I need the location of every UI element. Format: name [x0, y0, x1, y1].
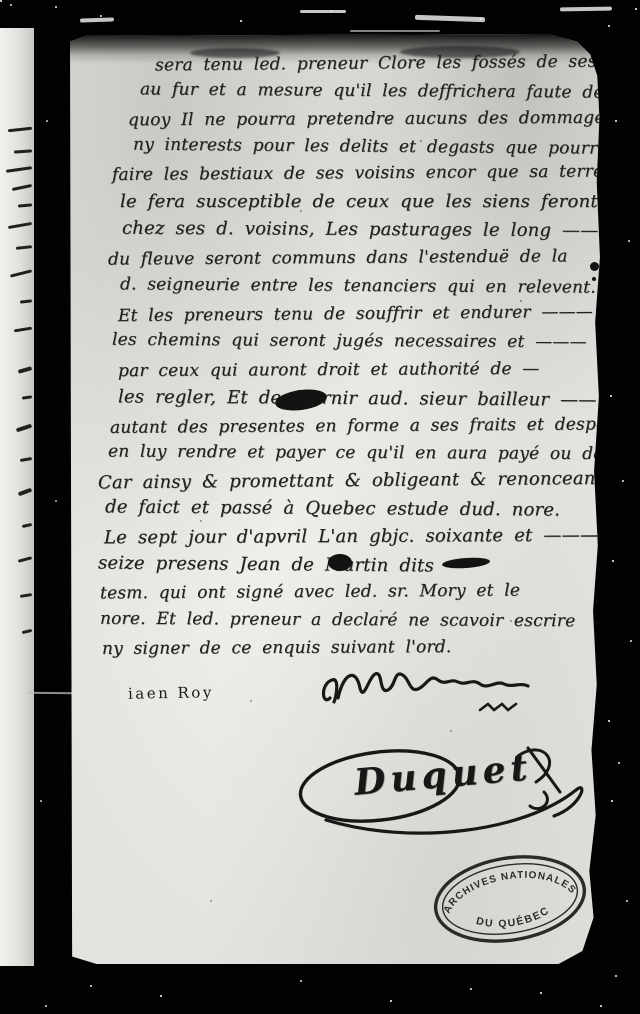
scan-streak	[350, 30, 440, 32]
facing-page-stroke	[8, 222, 32, 229]
manuscript-line: en luy rendre et payer ce qu'il en aura …	[108, 442, 640, 465]
manuscript-line: les regler, Et de fournir aud. sieur bai…	[118, 386, 597, 411]
manuscript-line: au fur et a mesure qu'il les deffrichera…	[140, 79, 604, 103]
witness-signature-flourish	[320, 654, 550, 726]
facing-page-stroke	[18, 488, 33, 497]
facing-page-stroke	[22, 523, 32, 528]
facing-page-stroke	[16, 424, 32, 433]
manuscript-line: nore. Et led. preneur a declaré ne scavo…	[100, 609, 575, 632]
manuscript-line: autant des presentes en forme a ses frai…	[110, 414, 638, 438]
ink-blot	[442, 556, 491, 569]
manuscript-line: par ceux qui auront droit et authorité d…	[118, 359, 540, 382]
manuscript-line: d. seigneurie entre les tenanciers qui e…	[120, 274, 596, 298]
scan-streak	[300, 10, 346, 13]
manuscript-line: Le sept jour d'apvril L'an gbjc. soixant…	[104, 525, 598, 549]
ink-dot	[590, 262, 599, 271]
party-signature: iaen Roy	[128, 683, 214, 702]
manuscript-line: les chemins qui seront jugés necessaires…	[112, 330, 587, 353]
facing-page-stroke	[10, 269, 32, 277]
scanner-noise-speckles	[0, 0, 2, 2]
notary-signature: Duquet	[292, 734, 602, 852]
facing-page-stroke	[14, 327, 32, 333]
facing-page-stroke	[22, 629, 32, 634]
manuscript-line: chez ses d. voisins, Les pasturages le l…	[122, 218, 617, 242]
facing-page-edge	[0, 28, 34, 966]
facing-page-stroke	[16, 245, 32, 250]
scan-streak	[80, 17, 114, 22]
scan-streak	[560, 7, 612, 12]
facing-page-stroke	[20, 593, 32, 598]
facing-page-stroke	[20, 299, 32, 303]
archive-stamp: ARCHIVES NATIONALES DU QUÉBEC	[421, 836, 599, 962]
facing-page-stroke	[22, 395, 32, 399]
manuscript-line: de faict et passé à Quebec estude dud. n…	[105, 496, 560, 521]
ink-blot	[328, 554, 352, 571]
paper-speckles	[70, 34, 72, 36]
manuscript-line: seize presens Jean de Martin dits	[98, 553, 434, 578]
manuscript-line: ny interests pour les delits et degasts …	[133, 135, 640, 160]
facing-page-stroke	[20, 457, 32, 462]
scan-streak	[415, 15, 485, 22]
ink-dot	[592, 277, 596, 281]
stamp-text-bottom: DU QUÉBEC	[473, 904, 553, 935]
manuscript-line: le fera susceptible de ceux que les sien…	[120, 191, 598, 213]
facing-page-stroke	[8, 127, 32, 132]
manuscript-page: sera tenu led. preneur Clore les fossés …	[70, 34, 601, 964]
facing-page-stroke	[14, 149, 32, 153]
manuscript-line: faire les bestiaux de ses voisins encor …	[112, 161, 640, 185]
facing-page-stroke	[12, 184, 32, 191]
manuscript-line: du fleuve seront communs dans l'estenduë…	[108, 246, 568, 270]
manuscript-line: sera tenu led. preneur Clore les fossés …	[155, 51, 640, 76]
facing-page-stroke	[6, 166, 32, 173]
manuscript-line: Car ainsy & promettant & obligeant & ren…	[98, 468, 632, 494]
manuscript-line: quoy Il ne pourra pretendre aucuns des d…	[128, 108, 614, 131]
manuscript-line: Et les preneurs tenu de souffrir et endu…	[118, 302, 593, 327]
manuscript-line: tesm. qui ont signé avec led. sr. Mory e…	[100, 581, 520, 604]
gutter-scratch	[28, 692, 74, 694]
facing-page-stroke	[18, 366, 33, 374]
facing-page-stroke	[18, 203, 32, 207]
facing-page-stroke	[18, 556, 32, 563]
document-scan: sera tenu led. preneur Clore les fossés …	[0, 0, 640, 1014]
